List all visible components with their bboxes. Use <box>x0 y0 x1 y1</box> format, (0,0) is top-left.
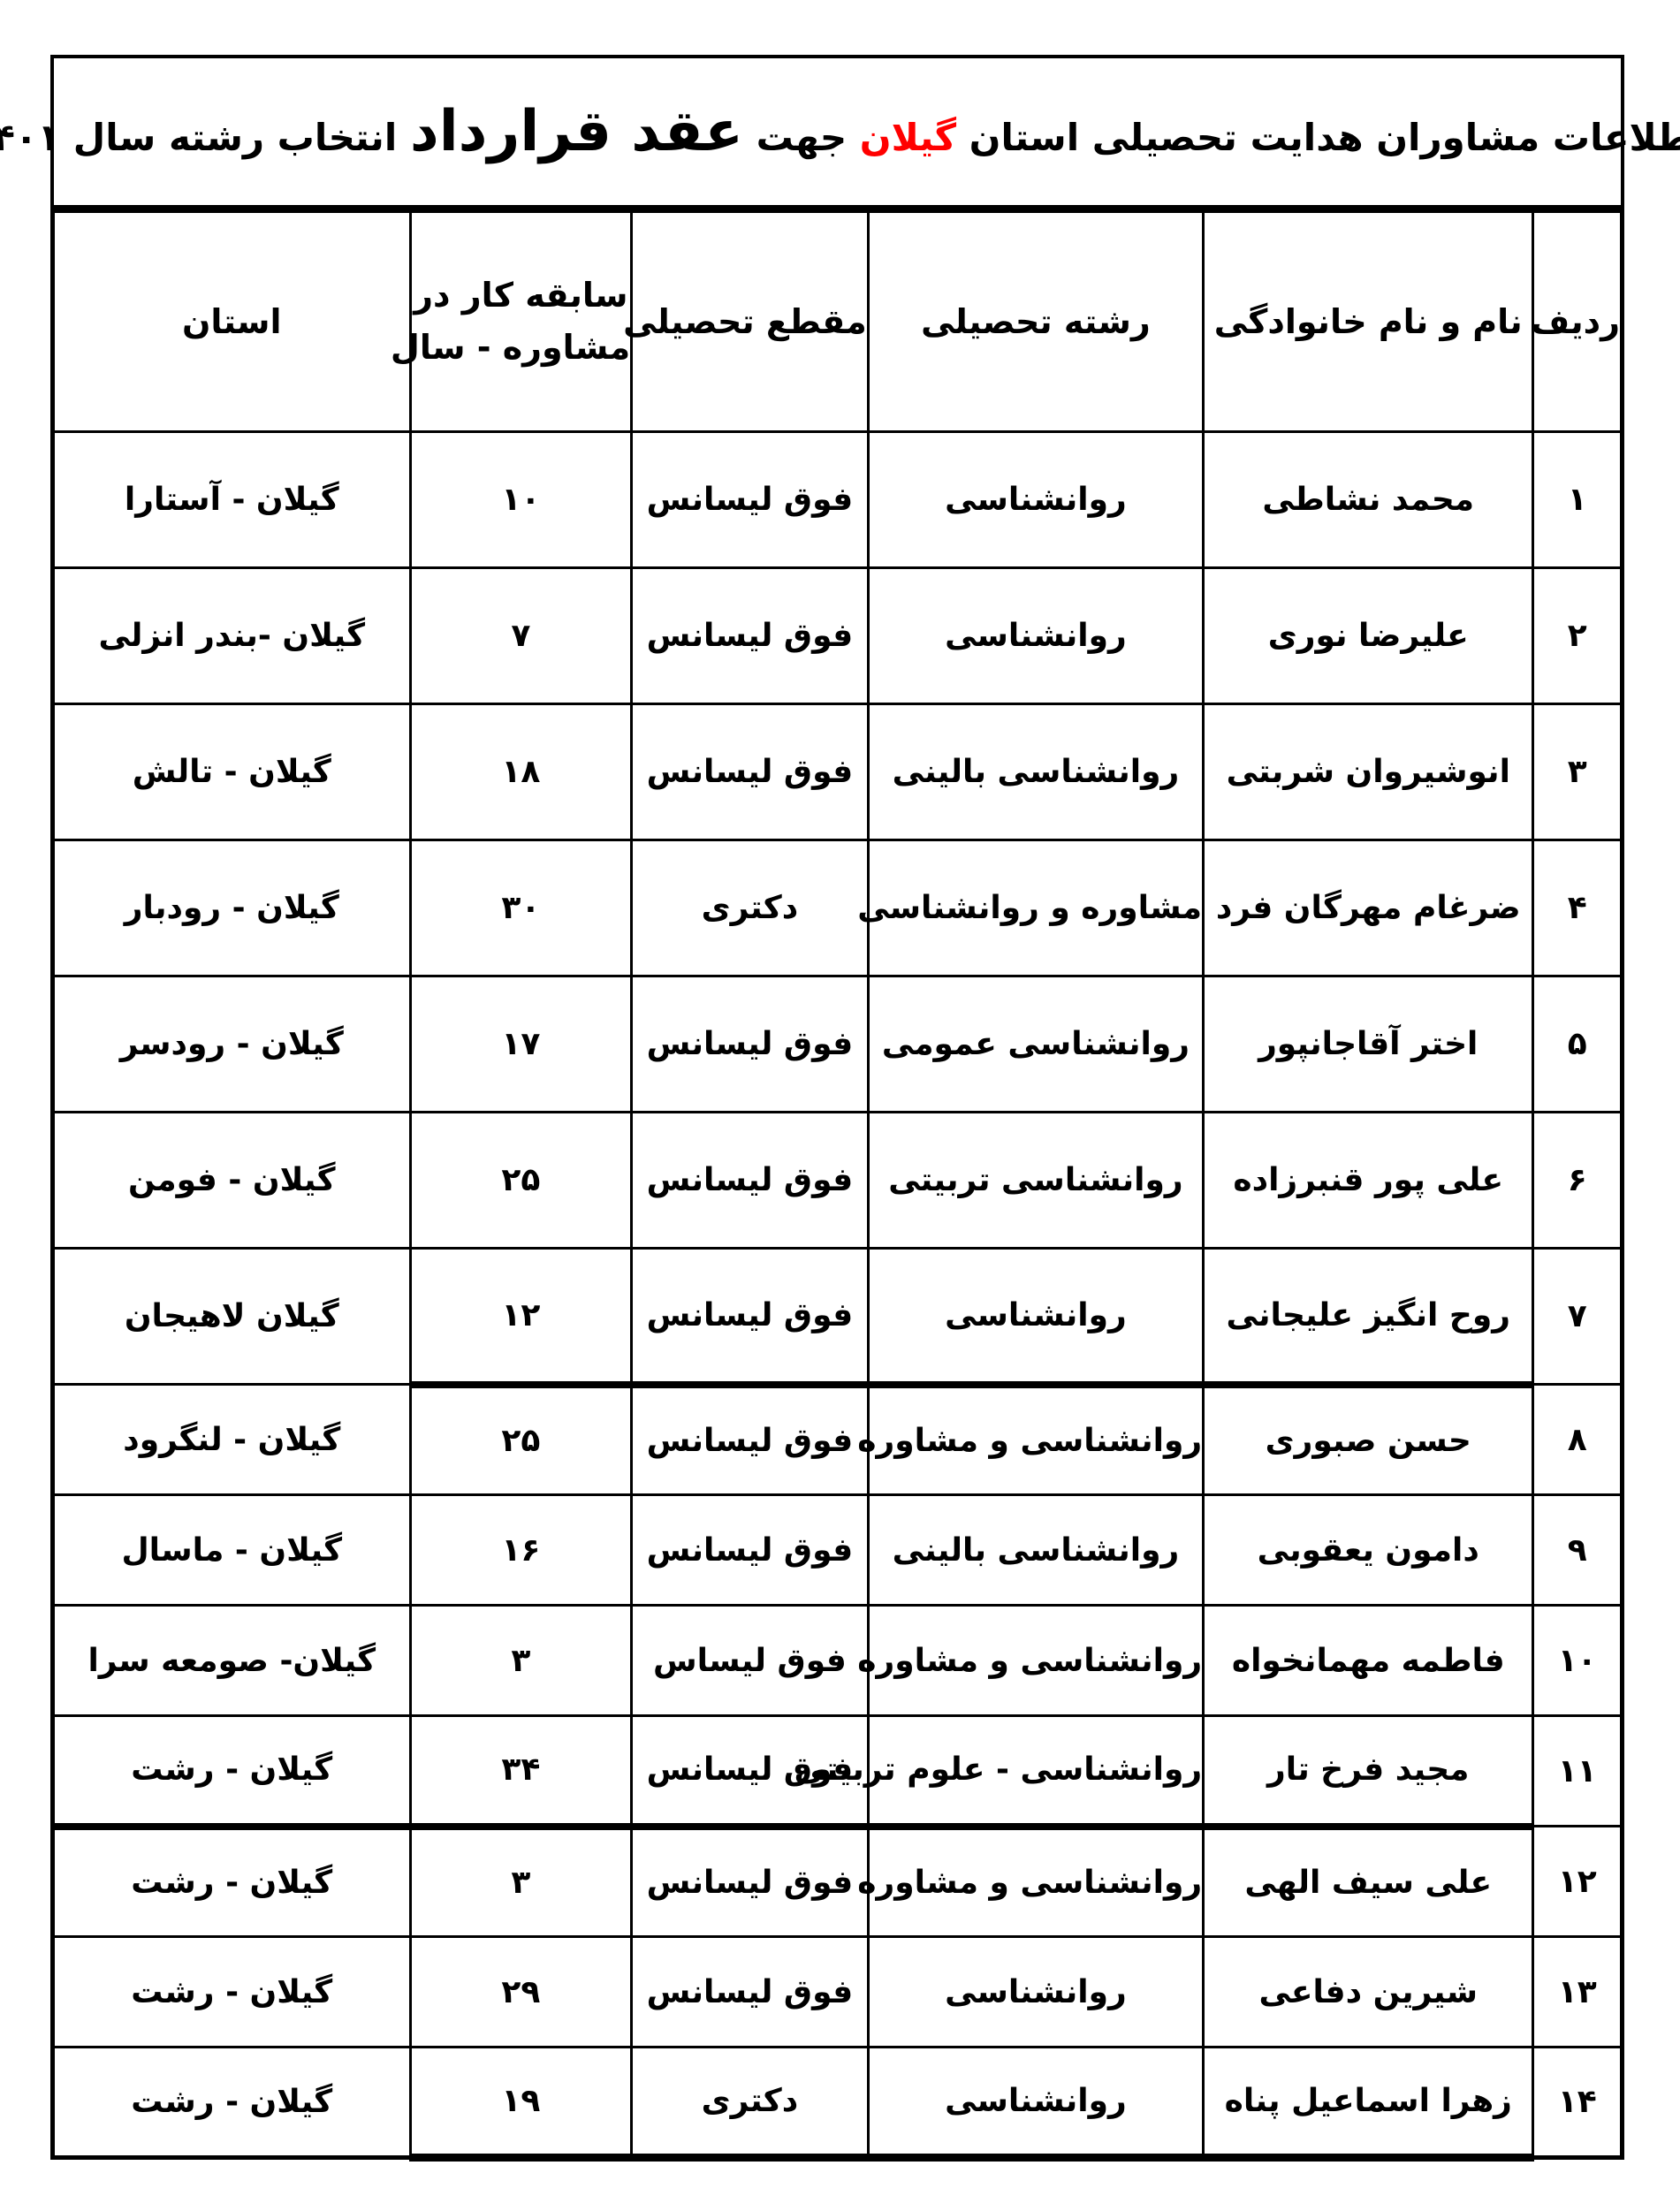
cell-experience: ۷ <box>410 568 632 704</box>
cell-radif: ۱۲ <box>1533 1827 1623 1937</box>
header-degree: مقطع تحصیلی <box>632 211 869 432</box>
table-row: ۸ حسن صبوری روانشناسی و مشاوره فوق لیسان… <box>53 1385 1623 1495</box>
cell-radif: ۱۱ <box>1533 1716 1623 1827</box>
cell-name: ضرغام مهرگان فرد <box>1204 840 1533 976</box>
counselors-table-wrap: ردیف نام و نام خانوادگی رشته تحصیلی مقطع… <box>50 209 1624 2162</box>
header-radif: ردیف <box>1533 211 1623 432</box>
cell-radif: ۴ <box>1533 840 1623 976</box>
table-row: ۶ علی پور قنبرزاده روانشناسی تربیتی فوق … <box>53 1113 1623 1249</box>
cell-degree: فوق لیسانس <box>632 1495 869 1606</box>
table-row: ۵ اختر آقاجانپور روانشناسی عمومی فوق لیس… <box>53 976 1623 1113</box>
cell-radif: ۱۳ <box>1533 1937 1623 2048</box>
cell-name: علی سیف الهی <box>1204 1827 1533 1937</box>
table-row: ۱۲ علی سیف الهی روانشناسی و مشاوره فوق ل… <box>53 1827 1623 1937</box>
header-province: استان <box>53 211 411 432</box>
cell-radif: ۵ <box>1533 976 1623 1113</box>
cell-province: گیلان - رشت <box>53 2048 411 2158</box>
table-row: ۱۴ زهرا اسماعیل پناه روانشناسی دکتری ۱۹ … <box>53 2048 1623 2158</box>
table-row: ۱۳ شیرین دفاعی روانشناسی فوق لیسانس ۲۹ گ… <box>53 1937 1623 2048</box>
cell-experience: ۱۰ <box>410 432 632 568</box>
cell-province: گیلان لاهیجان <box>53 1249 411 1385</box>
cell-name: شیرین دفاعی <box>1204 1937 1533 2048</box>
table-row: ۱۱ مجید فرخ تار روانشناسی - علوم تربیتی … <box>53 1716 1623 1827</box>
cell-field: روانشناسی تربیتی <box>868 1113 1203 1249</box>
cell-name: دامون یعقوبی <box>1204 1495 1533 1606</box>
cell-field: روانشناسی <box>868 2048 1203 2158</box>
cell-province: گیلان - رشت <box>53 1716 411 1827</box>
table-row: ۱ محمد نشاطی روانشناسی فوق لیسانس ۱۰ گیل… <box>53 432 1623 568</box>
cell-degree: دکتری <box>632 2048 869 2158</box>
cell-province: گیلان - تالش <box>53 704 411 840</box>
cell-radif: ۷ <box>1533 1249 1623 1385</box>
cell-name: اختر آقاجانپور <box>1204 976 1533 1113</box>
cell-experience: ۲۵ <box>410 1385 632 1495</box>
cell-degree: فوق لیسانس <box>632 1113 869 1249</box>
cell-experience: ۳ <box>410 1827 632 1937</box>
cell-experience: ۱۸ <box>410 704 632 840</box>
cell-degree: فوق لیسانس <box>632 1827 869 1937</box>
cell-degree: فوق لیساس <box>632 1606 869 1716</box>
table-row: ۴ ضرغام مهرگان فرد مشاوره و روانشناسی دک… <box>53 840 1623 976</box>
cell-experience: ۳ <box>410 1606 632 1716</box>
cell-experience: ۱۶ <box>410 1495 632 1606</box>
title-part2: جهت <box>743 116 860 159</box>
cell-field: روانشناسی عمومی <box>868 976 1203 1113</box>
cell-degree: فوق لیسانس <box>632 1249 869 1385</box>
cell-province: گیلان - آستارا <box>53 432 411 568</box>
title-box: اطلاعات مشاوران هدایت تحصیلی استان گیلان… <box>50 55 1624 209</box>
table-row: ۳ انوشیروان شربتی روانشناسی بالینی فوق ل… <box>53 704 1623 840</box>
cell-field: روانشناسی <box>868 1937 1203 2048</box>
cell-field: روانشناسی و مشاوره <box>868 1606 1203 1716</box>
cell-degree: فوق لیسانس <box>632 568 869 704</box>
cell-name: مجید فرخ تار <box>1204 1716 1533 1827</box>
cell-name: زهرا اسماعیل پناه <box>1204 2048 1533 2158</box>
cell-degree: فوق لیسانس <box>632 1937 869 2048</box>
counselors-table: ردیف نام و نام خانوادگی رشته تحصیلی مقطع… <box>50 209 1624 2162</box>
cell-name: فاطمه مهمانخواه <box>1204 1606 1533 1716</box>
cell-experience: ۱۷ <box>410 976 632 1113</box>
cell-field: روانشناسی - علوم تربیتی <box>868 1716 1203 1827</box>
cell-name: انوشیروان شربتی <box>1204 704 1533 840</box>
cell-radif: ۸ <box>1533 1385 1623 1495</box>
cell-degree: دکتری <box>632 840 869 976</box>
cell-field: روانشناسی <box>868 568 1203 704</box>
table-row: ۹ دامون یعقوبی روانشناسی بالینی فوق لیسا… <box>53 1495 1623 1606</box>
cell-field: روانشناسی <box>868 1249 1203 1385</box>
header-name: نام و نام خانوادگی <box>1204 211 1533 432</box>
cell-field: روانشناسی و مشاوره <box>868 1385 1203 1495</box>
cell-radif: ۱ <box>1533 432 1623 568</box>
header-experience-line2: مشاوره - سال <box>412 322 631 374</box>
cell-field: روانشناسی <box>868 432 1203 568</box>
cell-province: گیلان -بندر انزلی <box>53 568 411 704</box>
cell-field: روانشناسی بالینی <box>868 704 1203 840</box>
cell-radif: ۹ <box>1533 1495 1623 1606</box>
header-field: رشته تحصیلی <box>868 211 1203 432</box>
cell-degree: فوق لیسانس <box>632 704 869 840</box>
page-title: اطلاعات مشاوران هدایت تحصیلی استان گیلان… <box>0 99 1680 164</box>
cell-name: علیرضا نوری <box>1204 568 1533 704</box>
title-part1: اطلاعات مشاوران هدایت تحصیلی استان <box>956 116 1680 159</box>
header-experience: سابقه کار در مشاوره - سال <box>410 211 632 432</box>
cell-experience: ۲۵ <box>410 1113 632 1249</box>
cell-name: علی پور قنبرزاده <box>1204 1113 1533 1249</box>
cell-field: روانشناسی و مشاوره <box>868 1827 1203 1937</box>
cell-name: روح انگیز علیجانی <box>1204 1249 1533 1385</box>
cell-province: گیلان - ماسال <box>53 1495 411 1606</box>
table-row: ۷ روح انگیز علیجانی روانشناسی فوق لیسانس… <box>53 1249 1623 1385</box>
cell-name: محمد نشاطی <box>1204 432 1533 568</box>
cell-degree: فوق لیسانس <box>632 976 869 1113</box>
cell-degree: فوق لیسانس <box>632 432 869 568</box>
cell-experience: ۳۰ <box>410 840 632 976</box>
cell-field: مشاوره و روانشناسی <box>868 840 1203 976</box>
cell-province: گیلان - فومن <box>53 1113 411 1249</box>
cell-radif: ۱۴ <box>1533 2048 1623 2158</box>
title-province-highlight: گیلان <box>860 116 956 159</box>
title-contract-emphasis: عقد قرارداد <box>410 99 743 164</box>
title-part3: انتخاب رشته سال ۱۴۰۱ <box>0 116 410 159</box>
cell-experience: ۱۲ <box>410 1249 632 1385</box>
table-row: ۲ علیرضا نوری روانشناسی فوق لیسانس ۷ گیل… <box>53 568 1623 704</box>
cell-degree: فوق لیسانس <box>632 1716 869 1827</box>
header-row: ردیف نام و نام خانوادگی رشته تحصیلی مقطع… <box>53 211 1623 432</box>
cell-province: گیلان - رودبار <box>53 840 411 976</box>
cell-degree: فوق لیسانس <box>632 1385 869 1495</box>
cell-radif: ۱۰ <box>1533 1606 1623 1716</box>
cell-province: گیلان- صومعه سرا <box>53 1606 411 1716</box>
cell-name: حسن صبوری <box>1204 1385 1533 1495</box>
cell-radif: ۲ <box>1533 568 1623 704</box>
table-row: ۱۰ فاطمه مهمانخواه روانشناسی و مشاوره فو… <box>53 1606 1623 1716</box>
cell-province: گیلان - رشت <box>53 1827 411 1937</box>
cell-experience: ۲۹ <box>410 1937 632 2048</box>
cell-field: روانشناسی بالینی <box>868 1495 1203 1606</box>
cell-province: گیلان - رشت <box>53 1937 411 2048</box>
cell-province: گیلان - رودسر <box>53 976 411 1113</box>
cell-radif: ۶ <box>1533 1113 1623 1249</box>
cell-province: گیلان - لنگرود <box>53 1385 411 1495</box>
header-experience-line1: سابقه کار در <box>412 270 631 322</box>
cell-radif: ۳ <box>1533 704 1623 840</box>
cell-experience: ۱۹ <box>410 2048 632 2158</box>
cell-experience: ۳۴ <box>410 1716 632 1827</box>
